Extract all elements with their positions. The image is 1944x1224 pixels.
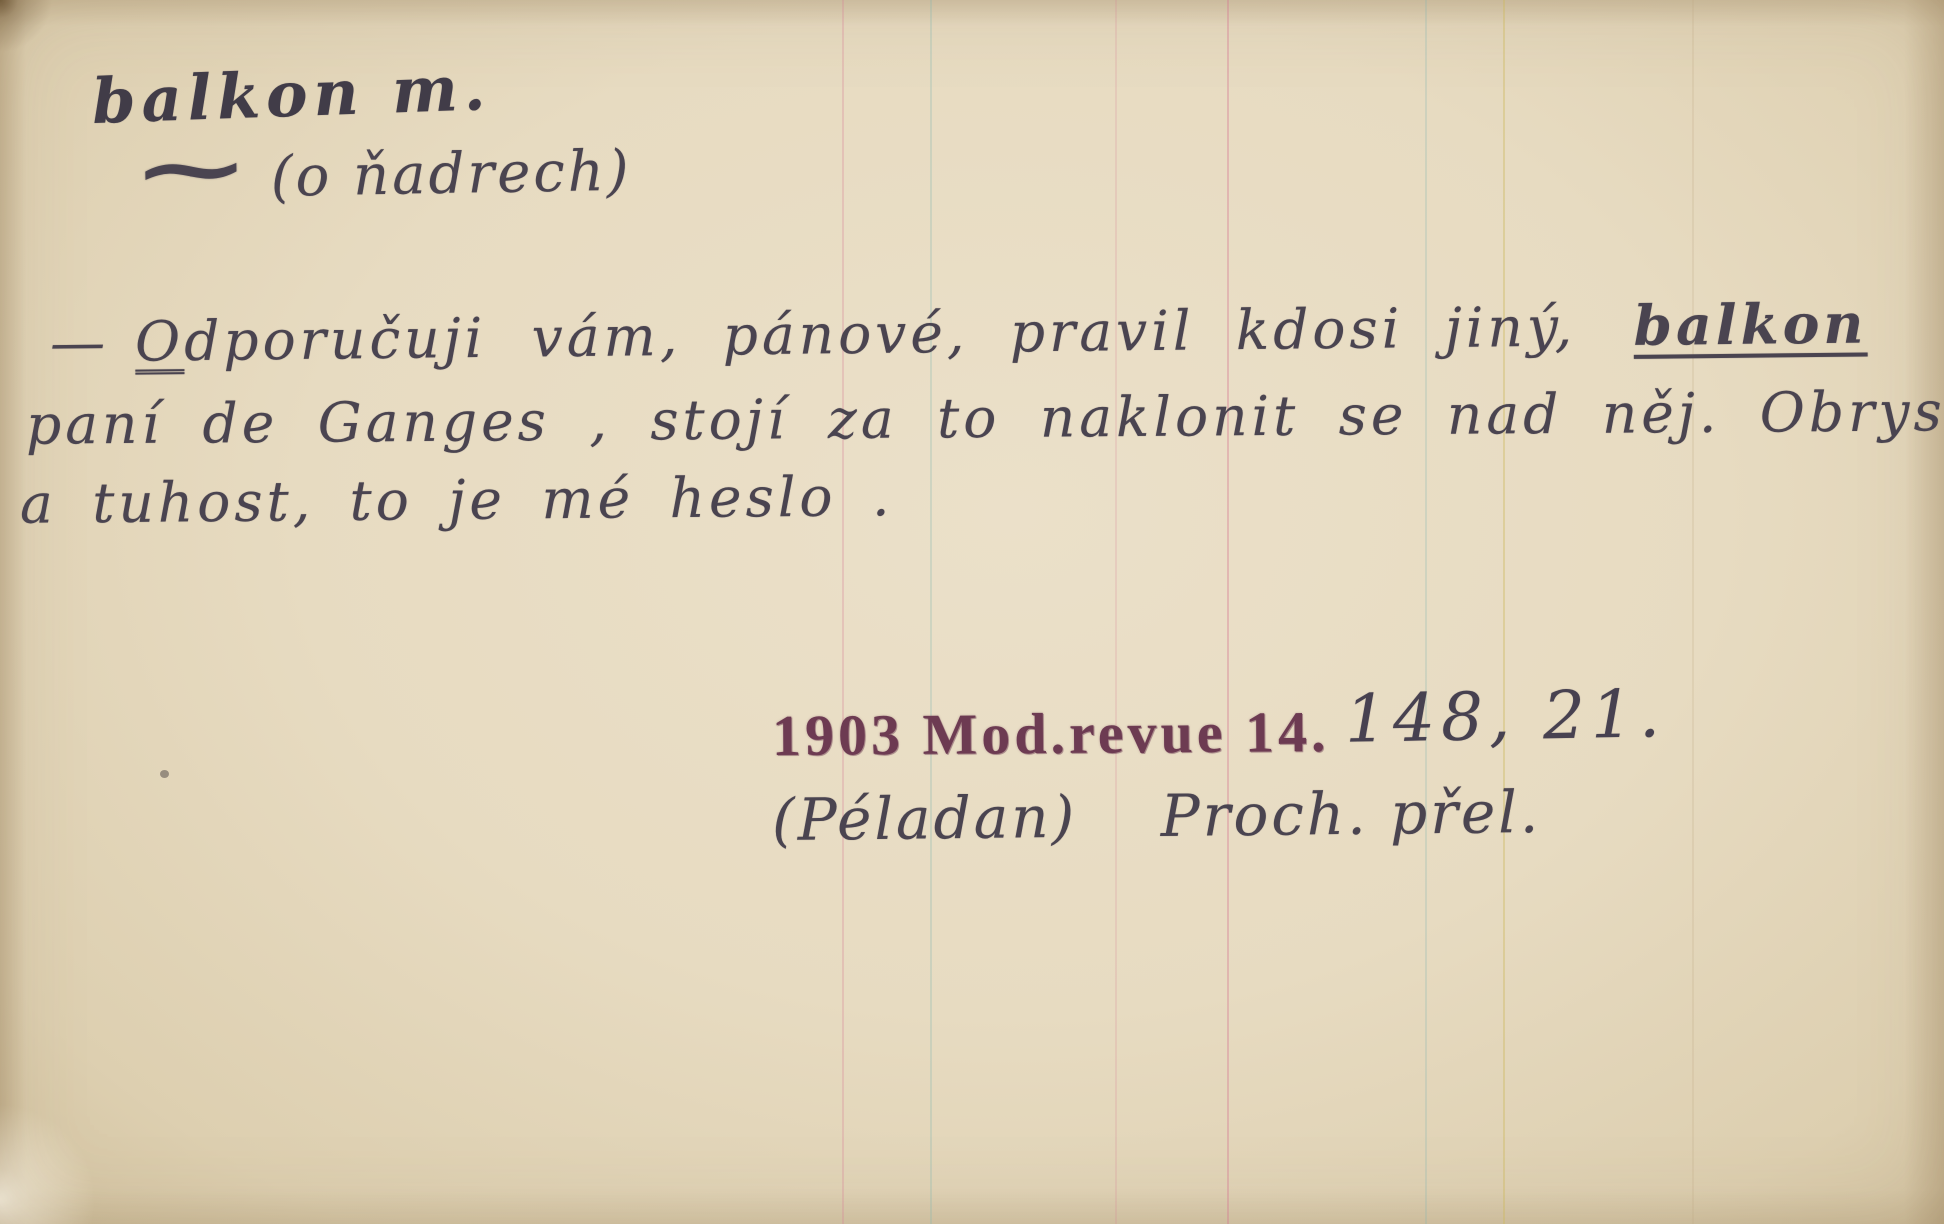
- sense-line: ~ (o ňadrech): [129, 138, 632, 213]
- quotation-line-1: —Odporučuji vám, pánové, pravil kdosi ji…: [50, 290, 1868, 374]
- ruling-line-teal-2: [1425, 0, 1427, 1224]
- citation-translator: Proch. přel.: [1160, 778, 1541, 850]
- ruling-line-pink-2: [1227, 0, 1229, 1224]
- citation-pages: 148, 21.: [1344, 675, 1666, 758]
- source-line: (Péladan) Proch. přel.: [772, 778, 1542, 854]
- quote-word-underlined: balkon: [1633, 290, 1867, 357]
- citation-author: (Péladan): [772, 783, 1078, 854]
- ruling-line-pink: [842, 0, 844, 1224]
- quote-initial-underlined: O: [135, 309, 185, 374]
- tilde-symbol: ~: [129, 119, 261, 220]
- ruling-line-fiber: [1692, 0, 1694, 1224]
- ruling-line-yellow: [1503, 0, 1505, 1224]
- sense-gloss: (o ňadrech): [270, 139, 632, 210]
- ruling-line-teal: [930, 0, 932, 1224]
- quotation-line-3: a tuhost, to je mé heslo .: [20, 464, 894, 536]
- citation-stamp: 1903 Mod.revue 14.: [772, 698, 1330, 769]
- excerpt-card: balkon m. ~ (o ňadrech) —Odporučuji vám,…: [0, 0, 1944, 1224]
- quote-line1-text: vám, pánové, pravil kdosi jiný,: [531, 295, 1576, 370]
- ruling-line-pink-faint: [1115, 0, 1117, 1224]
- ink-speck: [160, 770, 169, 778]
- quote-word1-rest: dporučuji: [184, 306, 487, 373]
- quote-dash: —: [50, 310, 110, 375]
- quotation-line-2: paní de Ganges , stojí za to naklonit se…: [26, 379, 1944, 456]
